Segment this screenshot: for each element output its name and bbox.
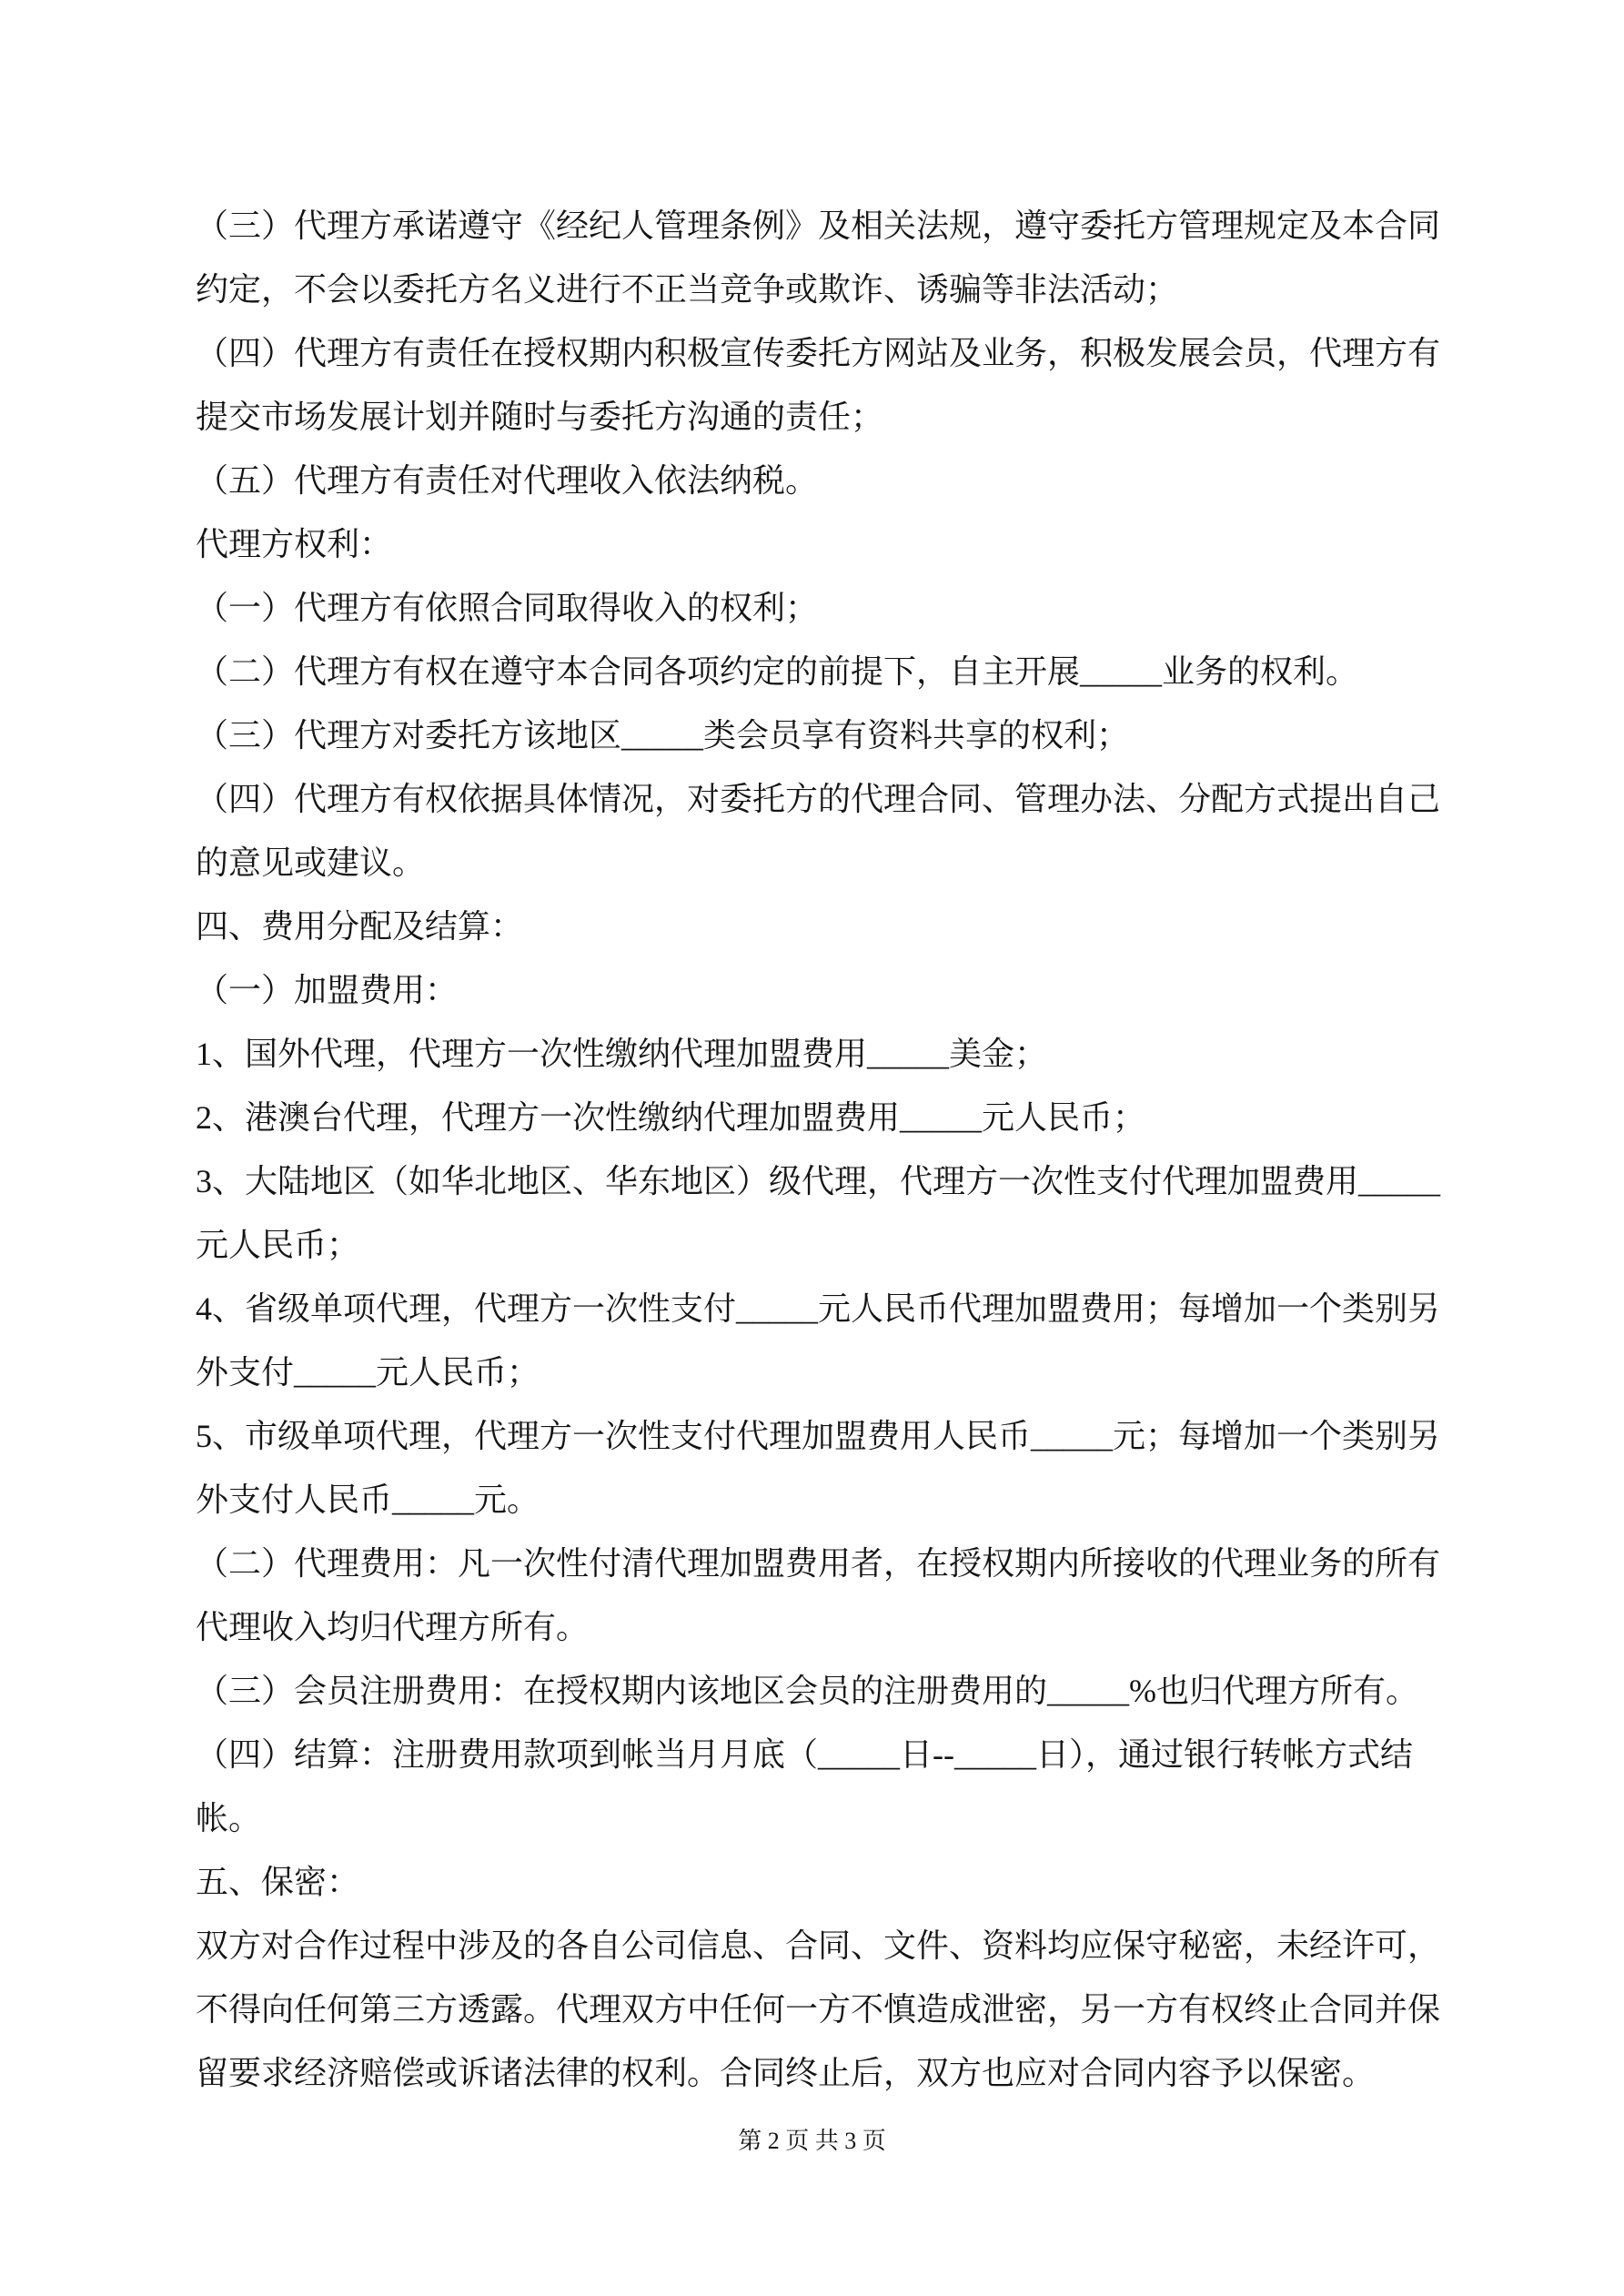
document-line: （五）代理方有责任对代理收入依法纳税。	[196, 449, 1469, 512]
document-line: 的意见或建议。	[196, 831, 1469, 895]
document-line: 1、国外代理，代理方一次性缴纳代理加盟费用_____美金；	[196, 1022, 1469, 1086]
document-line: 留要求经济赔偿或诉诸法律的权利。合同终止后，双方也应对合同内容予以保密。	[196, 2041, 1469, 2105]
document-line: 4、省级单项代理，代理方一次性支付_____元人民币代理加盟费用；每增加一个类别…	[196, 1277, 1469, 1340]
document-line: 外支付_____元人民币；	[196, 1340, 1469, 1404]
document-line: 代理方权利：	[196, 512, 1469, 576]
document-line: （三）会员注册费用：在授权期内该地区会员的注册费用的_____%也归代理方所有。	[196, 1659, 1469, 1723]
document-line: （一）加盟费用：	[196, 958, 1469, 1022]
document-line: 双方对合作过程中涉及的各自公司信息、合同、文件、资料均应保守秘密，未经许可，	[196, 1914, 1469, 1977]
document-line: 四、费用分配及结算：	[196, 895, 1469, 958]
document-line: （四）代理方有权依据具体情况，对委托方的代理合同、管理办法、分配方式提出自己	[196, 767, 1469, 831]
document-line: （二）代理费用：凡一次性付清代理加盟费用者，在授权期内所接收的代理业务的所有	[196, 1532, 1469, 1595]
document-line: 约定，不会以委托方名义进行不正当竞争或欺诈、诱骗等非法活动；	[196, 258, 1469, 321]
document-line: 5、市级单项代理，代理方一次性支付代理加盟费用人民币_____元；每增加一个类别…	[196, 1404, 1469, 1468]
document-page: （三）代理方承诺遵守《经纪人管理条例》及相关法规，遵守委托方管理规定及本合同约定…	[0, 0, 1624, 2296]
document-line: 提交市场发展计划并随时与委托方沟通的责任；	[196, 385, 1469, 449]
document-line: 元人民币；	[196, 1213, 1469, 1277]
page-footer: 第 2 页 共 3 页	[0, 2128, 1624, 2155]
document-line: 3、大陆地区（如华北地区、华东地区）级代理，代理方一次性支付代理加盟费用____…	[196, 1149, 1469, 1213]
document-line: 外支付人民币_____元。	[196, 1468, 1469, 1532]
document-line: （一）代理方有依照合同取得收入的权利；	[196, 576, 1469, 640]
document-line: 五、保密：	[196, 1850, 1469, 1914]
document-line: （四）结算：注册费用款项到帐当月月底（_____日--_____日），通过银行转…	[196, 1723, 1469, 1786]
document-line: 代理收入均归代理方所有。	[196, 1595, 1469, 1659]
document-line: 2、港澳台代理，代理方一次性缴纳代理加盟费用_____元人民币；	[196, 1086, 1469, 1149]
document-line: 帐。	[196, 1786, 1469, 1850]
document-line: 不得向任何第三方透露。代理双方中任何一方不慎造成泄密，另一方有权终止合同并保	[196, 1977, 1469, 2041]
document-body: （三）代理方承诺遵守《经纪人管理条例》及相关法规，遵守委托方管理规定及本合同约定…	[196, 194, 1469, 2105]
document-line: （三）代理方承诺遵守《经纪人管理条例》及相关法规，遵守委托方管理规定及本合同	[196, 194, 1469, 258]
document-line: （四）代理方有责任在授权期内积极宣传委托方网站及业务，积极发展会员，代理方有	[196, 321, 1469, 385]
document-line: （三）代理方对委托方该地区_____类会员享有资料共享的权利；	[196, 703, 1469, 767]
document-line: （二）代理方有权在遵守本合同各项约定的前提下，自主开展_____业务的权利。	[196, 640, 1469, 703]
